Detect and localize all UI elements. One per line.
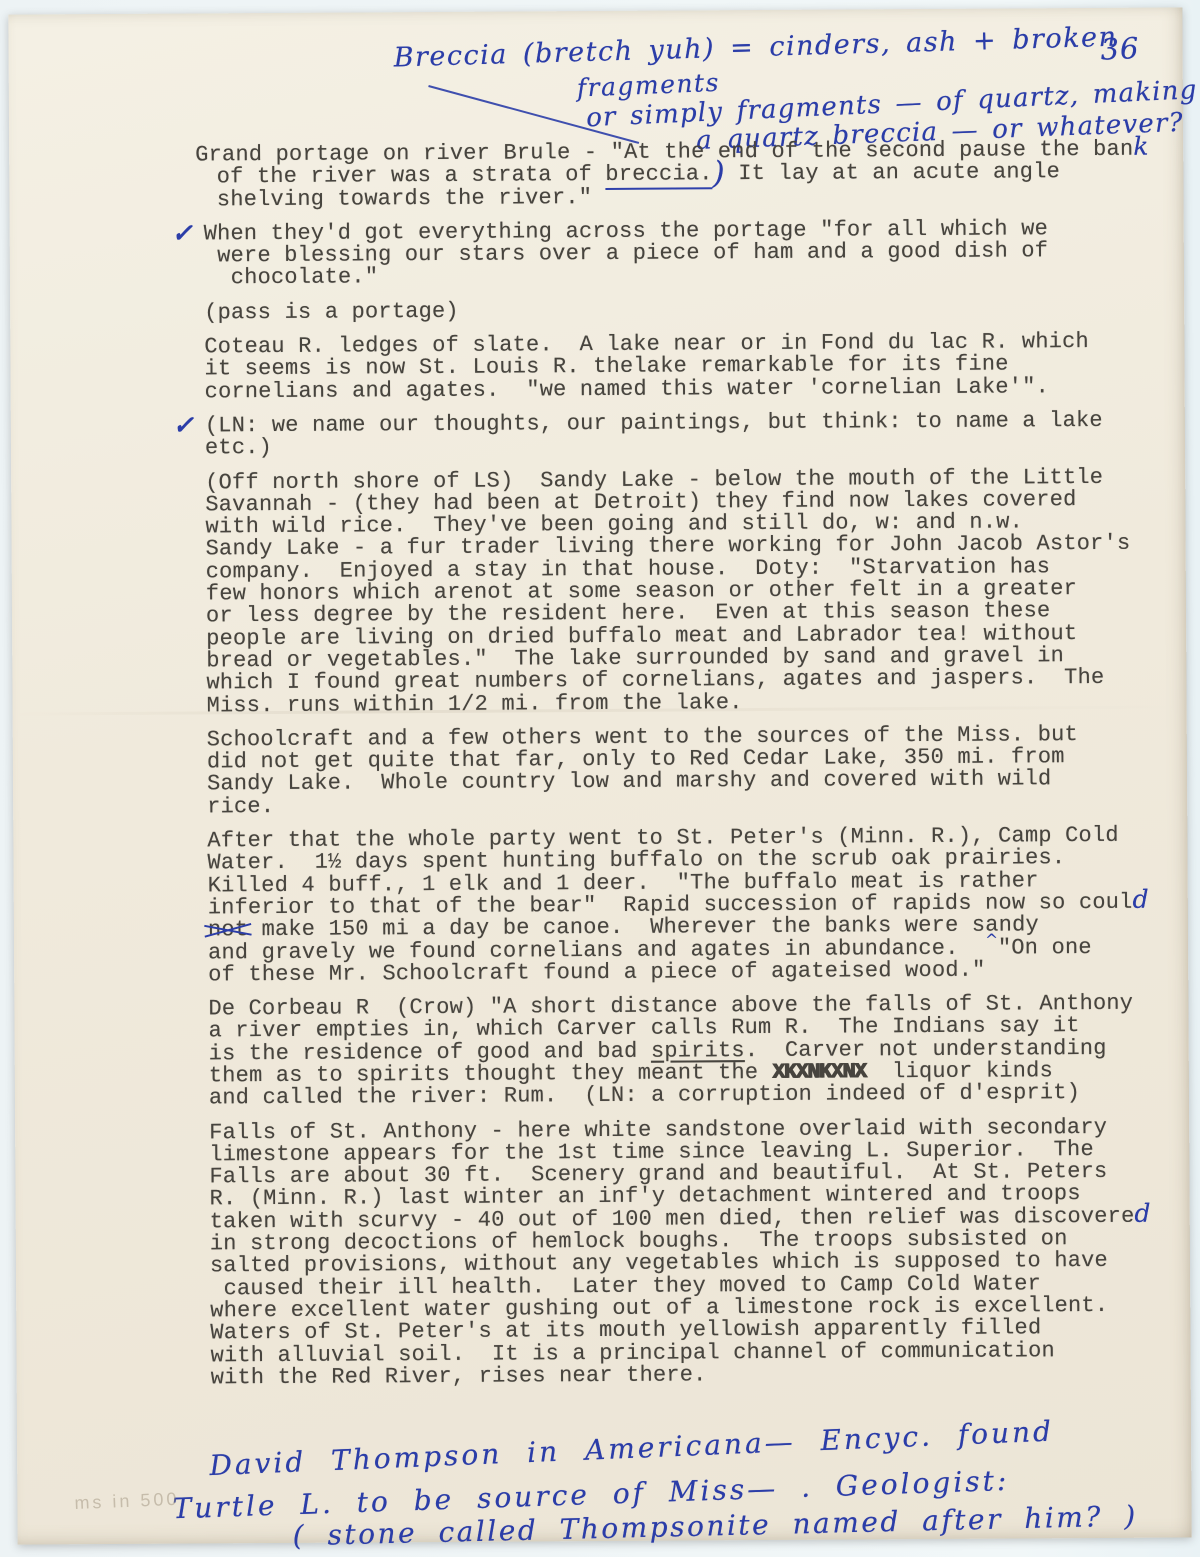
checkmark-icon: ✓ (172, 222, 193, 244)
text-run: not (208, 917, 248, 942)
text-run: ) (713, 156, 726, 192)
handwritten-note-top-line1: Breccia (bretch yuh) = cinders, ash + br… (393, 22, 1118, 74)
text-run: When they'd got everything across the po… (204, 216, 1049, 291)
text-run: (LN: we name our thoughts, our paintings… (205, 408, 1103, 461)
typed-paragraph: Grand portage on river Brule - "At the e… (203, 138, 1178, 211)
text-run: d (1134, 1198, 1150, 1227)
typed-paragraph: De Corbeau R (Crow) "A short distance ab… (208, 993, 1184, 1110)
scanned-page: Breccia (bretch yuh) = cinders, ash + br… (8, 7, 1191, 1544)
typed-paragraph: After that the whole party went to St. P… (207, 824, 1183, 986)
typed-paragraph: ✓(LN: we name our thoughts, our painting… (205, 409, 1180, 460)
typed-paragraph: Coteau R. ledges of slate. A lake near o… (204, 331, 1179, 404)
typed-paragraph: Falls of St. Anthony - here white sandst… (209, 1116, 1186, 1390)
text-run: in strong decoctions of hemlock boughs. … (210, 1203, 1151, 1390)
typed-paragraph: (pass is a portage) (204, 296, 1179, 324)
typed-paragraph: ✓When they'd got everything across the p… (204, 217, 1179, 290)
text-run: After that the whole party went to St. P… (207, 823, 1132, 920)
text-run: Coteau R. ledges of slate. A lake near o… (204, 329, 1089, 404)
text-run: Schoolcraft and a few others went to the… (207, 722, 1078, 819)
text-run: (pass is a portage) (204, 299, 459, 326)
text-run: d (1132, 885, 1148, 914)
page-number: 36 (1100, 31, 1140, 67)
typed-text: Grand portage on river Brule - "At the e… (203, 138, 1186, 1401)
text-run: ^ (985, 930, 998, 948)
text-run: breccia. (605, 162, 712, 191)
faint-pencil-mark: ms in 500 (74, 1489, 180, 1514)
typed-paragraph: Schoolcraft and a few others went to the… (207, 723, 1183, 818)
text-run: Falls of St. Anthony - here white sandst… (209, 1114, 1134, 1234)
text-run: k (1133, 132, 1149, 161)
checkmark-icon: ✓ (173, 414, 194, 436)
typed-paragraph: (Off north shore of LS) Sandy Lake - bel… (205, 466, 1181, 717)
text-run: (Off north shore of LS) Sandy Lake - bel… (205, 464, 1130, 717)
